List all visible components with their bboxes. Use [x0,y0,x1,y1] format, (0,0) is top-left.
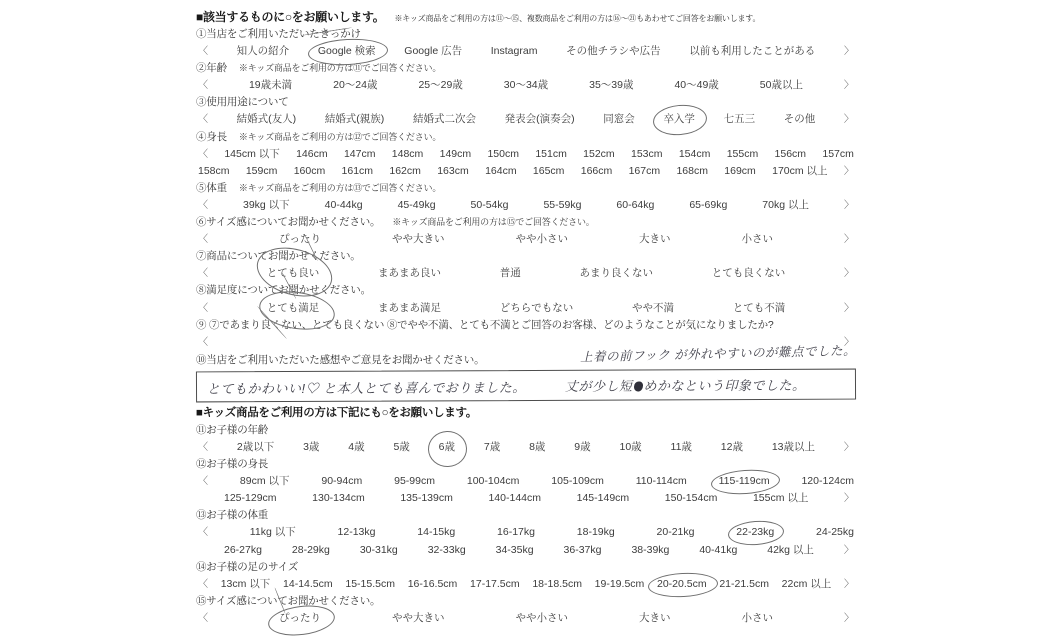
option-label: やや小さい [516,233,569,245]
option-label: 45-49kg [398,199,436,211]
bracket-open: 〈 [198,524,208,541]
option-label: 3歳 [303,441,319,453]
option-label: まあまあ満足 [378,302,441,314]
option: 153cm [631,146,663,163]
option: 38-39kg [631,542,669,559]
option-label: やや大きい [392,233,445,245]
question-line: ⑩当店をご利用いただいた感想やご意見をお聞かせください。上着の前フック が外れや… [196,351,856,368]
option-label: 105-109cm [551,475,604,487]
option-row: 〈結婚式(友人)結婚式(親族)結婚式二次会発表会(演奏会)同窓会卒入学七五三その… [196,111,856,128]
option: 36-37kg [564,542,602,559]
option-label: やや大きい [392,612,445,624]
option: 同窓会 [603,111,635,128]
bracket-open: 〈 [198,334,208,351]
option: 20〜24歳 [333,77,377,94]
bracket-close: 〉 [844,490,854,507]
option-label: 170cm 以上 [772,165,827,177]
option: 発表会(演奏会) [505,111,575,128]
option-label: 166cm [581,165,613,177]
option-label: 34-35kg [496,544,534,556]
option-label: 9歳 [574,441,590,453]
option: Google 検索 [318,43,376,60]
option-label: 152cm [583,148,615,160]
question-line: ⑪お子様の年齢 [196,422,856,439]
option: 21-21.5cm [719,576,769,593]
option-label: 大きい [639,233,671,245]
question-label: ③使用用途について [196,94,289,111]
option: 17-17.5cm [470,576,520,593]
question-line: ⑫お子様の身長 [196,456,856,473]
option: 結婚式(親族) [325,111,385,128]
option: とても良くない [712,265,786,282]
option: 168cm [676,163,708,180]
question-line: ④身長※キッズ商品をご利用の方は⑫でご回答ください。 [196,129,856,146]
option-row: 〈とても良いまあまあ良い普通あまり良くないとても良くない〉 [196,265,856,282]
option: やや不満 [632,300,674,317]
option: 七五三 [724,111,756,128]
option: 100-104cm [467,473,520,490]
kids-section-title: ■キッズ商品をご利用の方は下記にも○をお願いします。 [196,404,856,422]
option-label: 40〜49歳 [674,79,718,91]
option-label: 2歳以下 [237,441,274,453]
bracket-close: 〉 [844,542,854,559]
option-label: 16-17kg [497,526,535,538]
option: 70kg 以上 [762,197,809,214]
option: 5歳 [393,439,409,456]
option-row: 〈ぴったりやや大きいやや小さい大きい小さい〉 [196,610,856,627]
option-label: 125-129cm [224,492,277,504]
question-line: ⑬お子様の体重 [196,507,856,524]
option-label: 120-124cm [801,475,854,487]
option-row: 〈11kg 以下12-13kg14-15kg16-17kg18-19kg20-2… [196,524,856,541]
bracket-open: 〈 [198,576,208,593]
section-note: ※キッズ商品をご利用の方は⑪〜⑮、複数商品をご利用の方は⑯〜㉑もあわせてご回答を… [394,13,760,24]
option: 10歳 [619,439,641,456]
ink-blot [633,381,642,391]
question-line: ⑥サイズ感についてお聞かせください。※キッズ商品をご利用の方は⑮でご回答ください… [196,214,856,231]
option-label: 90-94cm [321,475,362,487]
option-label: 6歳 [439,441,455,453]
comment-box: とてもかわいい!♡ と本人とても喜んでおりました。丈が少し短めかなという印象でし… [196,368,856,402]
option-label: 100-104cm [467,475,520,487]
option: 45-49kg [398,197,436,214]
option-label: 同窓会 [603,113,635,125]
option-label: 145cm 以下 [224,148,279,160]
option: 小さい [742,231,774,248]
option-row: 〈39kg 以下40-44kg45-49kg50-54kg55-59kg60-6… [196,197,856,214]
option: 24-25kg [816,524,854,541]
bracket-close: 〉 [844,163,854,180]
option: 154cm [679,146,711,163]
option-label: 14-15kg [417,526,455,538]
option-label: 70kg 以上 [762,199,809,211]
option: 18-18.5cm [532,576,582,593]
option-label: 24-25kg [816,526,854,538]
question-line: ⑨ ⑦であまり良くない、とても良くない ⑧でやや不満、とても不満とご回答のお客様… [196,317,856,334]
option: 以前も利用したことがある [689,43,815,60]
option-label: 55-59kg [543,199,581,211]
option: 13cm 以下 [221,576,271,593]
option: 28-29kg [292,542,330,559]
option: 22-23kg [736,524,774,541]
option-row: 〈13cm 以下14-14.5cm15-15.5cm16-16.5cm17-17… [196,576,856,593]
option: その他チラシや広告 [566,43,661,60]
option: 12-13kg [338,524,376,541]
option-label: 5歳 [393,441,409,453]
option-label: 164cm [485,165,517,177]
bracket-close: 〉 [844,43,854,60]
bracket-close: 〉 [844,439,854,456]
bracket-close: 〉 [844,197,854,214]
option-label: 160cm [294,165,326,177]
option-label: 発表会(演奏会) [505,113,575,125]
option-row: 〈知人の紹介Google 検索Google 広告Instagramその他チラシや… [196,43,856,60]
option: 155cm 以上 [753,490,808,507]
option-label: 20-21kg [657,526,695,538]
option: Instagram [491,43,538,60]
option-label: 以前も利用したことがある [689,45,815,57]
option-label: 8歳 [529,441,545,453]
option-label: とても良い [267,267,320,279]
question-note: ※キッズ商品をご利用の方は⑪でご回答ください。 [239,60,441,77]
option-label: 卒入学 [663,113,695,125]
option-label: まあまあ良い [378,267,441,279]
option-label: 小さい [742,612,774,624]
option-label: 12-13kg [338,526,376,538]
option: 161cm [342,163,374,180]
handwriting-comment: とてもかわいい!♡ と本人とても喜んでおりました。 [207,377,526,397]
section-header: ■該当するものに○をお願いします。 ※キッズ商品をご利用の方は⑪〜⑮、複数商品を… [196,8,856,26]
option-label: 135-139cm [400,492,453,504]
option: 164cm [485,163,517,180]
option-label: Google 広告 [404,45,462,57]
option: 9歳 [574,439,590,456]
option-label: 普通 [500,267,521,279]
option: 14-14.5cm [283,576,333,593]
option: どちらでもない [500,300,573,317]
option: 60-64kg [616,197,654,214]
option: とても不満 [733,300,786,317]
option-label: 169cm [724,165,756,177]
option: 158cm [198,163,230,180]
question-label: ⑧満足度についてお聞かせください。 [196,282,371,299]
option: とても良い [267,265,320,282]
option-label: 22-23kg [736,526,774,538]
option: 160cm [294,163,326,180]
option-label: 32-33kg [428,544,466,556]
option-row: 〈89cm 以下90-94cm95-99cm100-104cm105-109cm… [196,473,856,490]
option-label: 17-17.5cm [470,578,520,590]
option: 普通 [500,265,521,282]
option: 2歳以下 [237,439,274,456]
option-label: 19歳未満 [249,79,292,91]
option-label: 145-149cm [577,492,630,504]
option: 30-31kg [360,542,398,559]
question-line: ①当店をご利用いただいたきっかけ [196,26,856,43]
option-row: 125-129cm130-134cm135-139cm140-144cm145-… [196,490,856,507]
question-label: ④身長 [196,129,227,146]
option: 145cm 以下 [224,146,279,163]
question-label: ⑫お子様の身長 [196,456,268,473]
option: 90-94cm [321,473,362,490]
option-label: 大きい [639,612,671,624]
option-label: 16-16.5cm [408,578,458,590]
option-label: 156cm [775,148,807,160]
question-label: ②年齢 [196,60,227,77]
option: 148cm [392,146,424,163]
option: 11歳 [671,439,692,456]
question-note: ※キッズ商品をご利用の方は⑬でご回答ください。 [239,180,441,197]
option: 22cm 以上 [782,576,832,593]
bracket-open: 〈 [198,439,208,456]
option-row: 〈とても満足まあまあ満足どちらでもないやや不満とても不満〉 [196,300,856,317]
option-label: 157cm [822,148,854,160]
option: 50歳以上 [760,77,803,94]
option: 大きい [639,610,671,627]
option-label: 130-134cm [312,492,365,504]
option: 105-109cm [551,473,604,490]
option: 卒入学 [663,111,695,128]
option-label: その他 [784,113,816,125]
option-label: 18-19kg [577,526,615,538]
option-label: 11歳 [671,441,692,453]
question-line: ②年齢※キッズ商品をご利用の方は⑪でご回答ください。 [196,60,856,77]
option: 152cm [583,146,615,163]
option: 135-139cm [400,490,453,507]
option-label: 40-41kg [699,544,737,556]
bracket-open: 〈 [198,610,208,627]
survey-page: ■該当するものに○をお願いします。 ※キッズ商品をご利用の方は⑪〜⑮、複数商品を… [0,0,1060,640]
option-label: 14-14.5cm [283,578,333,590]
option: 170cm 以上 [772,163,827,180]
option-label: 150cm [487,148,519,160]
option-label: 7歳 [484,441,500,453]
option: 145-149cm [577,490,630,507]
option-label: 36-37kg [564,544,602,556]
option: 14-15kg [417,524,455,541]
option: 125-129cm [224,490,277,507]
option-label: 20〜24歳 [333,79,377,91]
option-label: 148cm [392,148,424,160]
option: 35〜39歳 [589,77,633,94]
option: 146cm [296,146,328,163]
option: 150-154cm [665,490,718,507]
option: 11kg 以下 [250,524,296,541]
option: 4歳 [348,439,364,456]
option: Google 広告 [404,43,462,60]
option: 40〜49歳 [674,77,718,94]
question-line: ⑤体重※キッズ商品をご利用の方は⑬でご回答ください。 [196,180,856,197]
option: 95-99cm [394,473,435,490]
option-label: ぴったり [279,233,321,245]
option: 167cm [629,163,661,180]
option-label: 20-20.5cm [657,578,707,590]
option-label: 21-21.5cm [719,578,769,590]
option-label: 149cm [440,148,472,160]
question-note: ※キッズ商品をご利用の方は⑮でご回答ください。 [392,214,594,231]
option: 19-19.5cm [595,576,645,593]
option: 40-41kg [699,542,737,559]
option-label: 158cm [198,165,230,177]
bracket-open: 〈 [198,146,208,163]
option-label: ぴったり [279,612,321,624]
option: 151cm [535,146,567,163]
option: やや大きい [392,231,445,248]
bracket-open: 〈 [198,111,208,128]
option: 8歳 [529,439,545,456]
option-label: 25〜29歳 [418,79,462,91]
option: 147cm [344,146,376,163]
option-label: あまり良くない [580,267,654,279]
option-label: Google 検索 [318,45,376,57]
option: 7歳 [484,439,500,456]
option-label: 35〜39歳 [589,79,633,91]
option: 157cm [822,146,854,163]
option: 16-16.5cm [408,576,458,593]
option: やや小さい [516,610,569,627]
option-label: 26-27kg [224,544,262,556]
option: まあまあ満足 [378,300,441,317]
option: 25〜29歳 [418,77,462,94]
option: 159cm [246,163,278,180]
option: 34-35kg [496,542,534,559]
bracket-close: 〉 [844,300,854,317]
option: 89cm 以下 [240,473,290,490]
option-label: 知人の紹介 [237,45,290,57]
option-label: 110-114cm [636,475,687,487]
question-label: ⑬お子様の体重 [196,507,268,524]
questions-kids-section: ⑪お子様の年齢〈2歳以下3歳4歳5歳6歳7歳8歳9歳10歳11歳12歳13歳以上… [196,422,856,627]
handwriting-text: めかなという印象でした。 [643,378,805,394]
question-label: ⑨ ⑦であまり良くない、とても良くない ⑧でやや不満、とても不満とご回答のお客様… [196,317,774,334]
option-label: 42kg 以上 [767,544,814,556]
option-row: 〈ぴったりやや大きいやや小さい大きい小さい〉 [196,231,856,248]
handwriting-comment: 丈が少し短めかなという印象でした。 [565,375,806,395]
option-label: 30〜34歳 [504,79,548,91]
option: 42kg 以上 [767,542,814,559]
option-label: 165cm [533,165,565,177]
bracket-close: 〉 [844,576,854,593]
bracket-open: 〈 [198,300,208,317]
option: あまり良くない [580,265,654,282]
option: 16-17kg [497,524,535,541]
option: 19歳未満 [249,77,292,94]
option: 39kg 以下 [243,197,290,214]
option-label: 89cm 以下 [240,475,290,487]
option: 大きい [639,231,671,248]
option: 115-119cm [719,473,770,490]
option: 169cm [724,163,756,180]
question-label: ⑦商品についてお聞かせください。 [196,248,361,265]
option-label: 167cm [629,165,661,177]
option-label: やや小さい [516,612,569,624]
option-label: 150-154cm [665,492,718,504]
option: 162cm [389,163,421,180]
option: とても満足 [267,300,320,317]
option-label: 159cm [246,165,278,177]
option: 15-15.5cm [345,576,395,593]
option-label: 95-99cm [394,475,435,487]
bracket-close: 〉 [844,265,854,282]
option: 26-27kg [224,542,262,559]
option: 知人の紹介 [237,43,290,60]
option: その他 [784,111,816,128]
option: 166cm [581,163,613,180]
bracket-close: 〉 [844,77,854,94]
option-label: 151cm [535,148,567,160]
option: やや小さい [516,231,569,248]
option-label: 結婚式(親族) [325,113,385,125]
option: 20-20.5cm [657,576,707,593]
questions-main-section: ①当店をご利用いただいたきっかけ〈知人の紹介Google 検索Google 広告… [196,26,856,401]
bracket-close: 〉 [844,231,854,248]
option: 163cm [437,163,469,180]
option-label: 11kg 以下 [250,526,296,538]
option-label: 162cm [389,165,421,177]
option-label: 60-64kg [616,199,654,211]
option: 140-144cm [488,490,541,507]
option: やや大きい [392,610,445,627]
option: 13歳以上 [772,439,815,456]
option-label: 50歳以上 [760,79,803,91]
option-label: 28-29kg [292,544,330,556]
option: 156cm [775,146,807,163]
survey-content: ■該当するものに○をお願いします。 ※キッズ商品をご利用の方は⑪〜⑮、複数商品を… [196,8,856,627]
bracket-open: 〈 [198,265,208,282]
bracket-open: 〈 [198,473,208,490]
option-label: どちらでもない [500,302,573,314]
option-label: 140-144cm [488,492,541,504]
handwriting-text: 丈が少し短 [565,378,633,393]
option-label: 結婚式二次会 [413,113,476,125]
option: 165cm [533,163,565,180]
question-label: ⑮サイズ感についてお聞かせください。 [196,593,380,610]
option-row: 〈145cm 以下146cm147cm148cm149cm150cm151cm1… [196,146,856,163]
option-label: 38-39kg [631,544,669,556]
option: 結婚式二次会 [413,111,476,128]
question-line: ⑧満足度についてお聞かせください。 [196,282,856,299]
bracket-close: 〉 [844,111,854,128]
bracket-open: 〈 [198,197,208,214]
question-line: ⑭お子様の足のサイズ [196,559,856,576]
option-row: 〈19歳未満20〜24歳25〜29歳30〜34歳35〜39歳40〜49歳50歳以… [196,77,856,94]
question-line: ⑦商品についてお聞かせください。 [196,248,856,265]
option-label: 147cm [344,148,376,160]
option-label: 13歳以上 [772,441,815,453]
option: 120-124cm [801,473,854,490]
option: 130-134cm [312,490,365,507]
option-label: 12歳 [721,441,743,453]
option-label: 65-69kg [689,199,727,211]
option-label: 168cm [676,165,708,177]
bracket-open: 〈 [198,43,208,60]
option: 18-19kg [577,524,615,541]
question-label: ⑤体重 [196,180,227,197]
option-label: 146cm [296,148,328,160]
bracket-open: 〈 [198,77,208,94]
option-label: 小さい [742,233,774,245]
option: まあまあ良い [378,265,441,282]
option-label: とても不満 [733,302,786,314]
option: 155cm [727,146,759,163]
option-label: 155cm 以上 [753,492,808,504]
option: 40-44kg [325,197,363,214]
option-label: 19-19.5cm [595,578,645,590]
option: 32-33kg [428,542,466,559]
option: 結婚式(友人) [237,111,297,128]
option: 20-21kg [657,524,695,541]
option: 110-114cm [636,473,687,490]
